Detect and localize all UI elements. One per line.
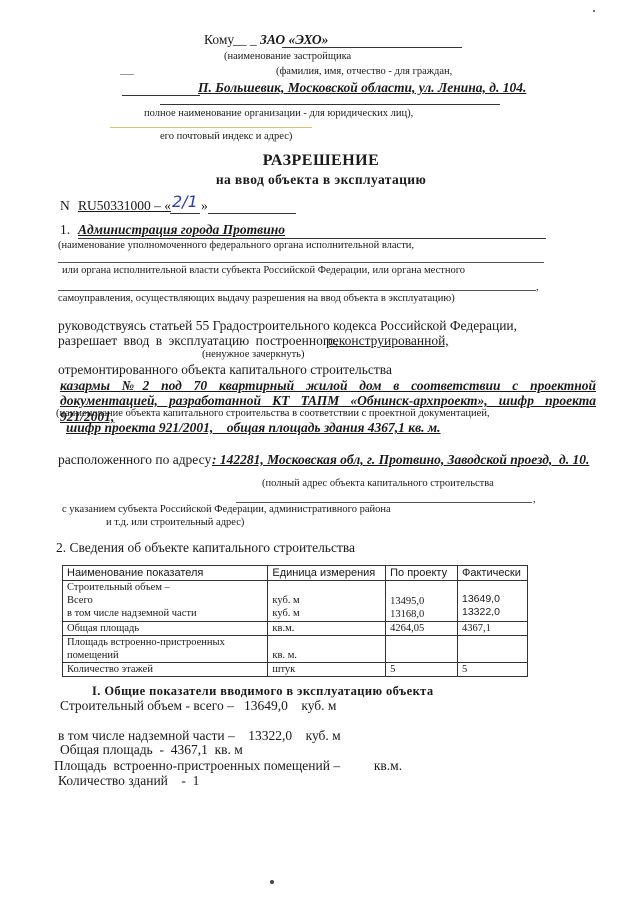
number-code: RU50331000 – « bbox=[78, 198, 171, 214]
col-header-name: Наименование показателя bbox=[63, 566, 268, 581]
postal-line bbox=[110, 127, 312, 128]
cell-text: Всего bbox=[67, 594, 263, 607]
area-builtin: Площадь встроенно-пристроенных помещений… bbox=[54, 758, 402, 774]
hint-address-3: и т.д. или строительный адрес) bbox=[106, 517, 244, 528]
comma-mark: , bbox=[536, 282, 539, 293]
body-line-2: разрешает ввод в эксплуатацию построенно… bbox=[58, 333, 338, 349]
number-prefix: N bbox=[60, 198, 70, 214]
table-row: Общая площадь кв.м. 4264,05 4367,1 bbox=[63, 622, 528, 636]
buildings-count: Количество зданий - 1 bbox=[58, 773, 199, 789]
hint-authority-1: (наименование уполномоченного федерально… bbox=[58, 240, 414, 251]
body-line-2-reconstructed: реконструированной, bbox=[326, 333, 449, 349]
cell-text: Строительный объем – bbox=[67, 581, 263, 594]
cell-text: кв. м. bbox=[272, 649, 381, 662]
number-handwritten: 2/1 bbox=[172, 192, 198, 211]
table-row: Количество этажей штук 5 5 bbox=[63, 663, 528, 677]
recipient-underline bbox=[282, 47, 462, 48]
area-total: Общая площадь - 4367,1 кв. м bbox=[60, 742, 243, 758]
to-dash: __ _ bbox=[233, 32, 257, 48]
object-name-line-1: казармы №2 под 70 квартирный жилой дом в… bbox=[60, 378, 596, 394]
col-header-project: По проекту bbox=[386, 566, 458, 581]
hint-authority-2: или органа исполнительной власти субъект… bbox=[62, 265, 465, 276]
cell-text: куб. м bbox=[272, 607, 381, 620]
cell-text: штук bbox=[268, 663, 386, 677]
address-underline-left bbox=[122, 95, 200, 96]
handwritten-underline bbox=[170, 213, 200, 214]
scan-speck bbox=[270, 880, 274, 884]
org-name-line bbox=[160, 104, 500, 105]
margin-mark bbox=[120, 74, 134, 75]
volume-total: Строительный объем - всего – 13649,0 куб… bbox=[60, 698, 336, 714]
section1-number: 1. bbox=[60, 222, 70, 238]
col-header-actual: Фактически bbox=[457, 566, 527, 581]
cell-text: 13649,0 bbox=[462, 593, 523, 606]
hint-postal: его почтовый индекс и адрес) bbox=[160, 131, 292, 142]
cell-text: кв.м. bbox=[268, 622, 386, 636]
cell-text: 5 bbox=[386, 663, 458, 677]
authority-line bbox=[78, 238, 546, 239]
cell-text: 13322,0 bbox=[462, 606, 523, 619]
number-suffix: » bbox=[201, 198, 208, 214]
object-address: : 142281, Московская обл, г. Протвино, З… bbox=[212, 452, 589, 468]
body-line-3: отремонтированного объекта капитального … bbox=[58, 362, 392, 378]
cell-text: 13495,0 bbox=[390, 595, 453, 608]
general-heading: I. Общие показатели вводимого в эксплуат… bbox=[92, 684, 434, 699]
address-label: расположенного по адресу bbox=[58, 452, 211, 468]
document-title: РАЗРЕШЕНИЕ bbox=[0, 152, 642, 170]
recipient-address: П. Большевик, Московской области, ул. Ле… bbox=[198, 80, 526, 96]
authority-name: Администрация города Протвино bbox=[78, 222, 285, 238]
to-label: Кому bbox=[204, 32, 234, 48]
table-header-row: Наименование показателя Единица измерени… bbox=[63, 566, 528, 581]
authority-line-3 bbox=[58, 290, 536, 291]
cell-text: 5 bbox=[457, 663, 527, 677]
body-line-1: руководствуясь статьей 55 Градостроитель… bbox=[58, 318, 517, 334]
object-name-line-3: шифр проекта 921/2001, общая площадь зда… bbox=[66, 420, 441, 436]
cell-text: Количество этажей bbox=[63, 663, 268, 677]
cell-text: в том числе надземной части bbox=[67, 607, 263, 620]
cell-text: 4367,1 bbox=[457, 622, 527, 636]
hint-authority-3: самоуправления, осуществляющих выдачу ра… bbox=[58, 293, 455, 304]
cell-text: Общая площадь bbox=[63, 622, 268, 636]
cell-text: Площадь встроенно-пристроенных bbox=[67, 636, 263, 649]
cell-text: 13168,0 bbox=[390, 608, 453, 621]
cell-text: 4264,05 bbox=[386, 622, 458, 636]
scan-speck bbox=[593, 10, 595, 12]
hint-object: (наименование объекта капитального строи… bbox=[56, 408, 490, 419]
recipient-name: ЗАО «ЭХО» bbox=[260, 32, 328, 48]
hint-fio: (фамилия, имя, отчество - для граждан, bbox=[276, 66, 452, 77]
hint-org: полное наименование организации - для юр… bbox=[144, 108, 413, 119]
address-line bbox=[236, 502, 532, 503]
hint-address-2: с указанием субъекта Российской Федераци… bbox=[62, 504, 391, 515]
hint-developer: (наименование застройщика bbox=[224, 51, 351, 62]
object-info-table: Наименование показателя Единица измерени… bbox=[62, 565, 528, 677]
hint-address-1: (полный адрес объекта капитального строи… bbox=[262, 478, 494, 489]
table-row: Строительный объем –Всегов том числе над… bbox=[63, 581, 528, 622]
section2-heading: 2. Сведения об объекте капитального стро… bbox=[56, 540, 355, 556]
table-row: Площадь встроенно-пристроенныхпомещений … bbox=[63, 636, 528, 663]
document-subtitle: на ввод объекта в эксплуатацию bbox=[0, 172, 642, 188]
cell-text: помещений bbox=[67, 649, 263, 662]
col-header-unit: Единица измерения bbox=[268, 566, 386, 581]
hint-strike: (ненужное зачеркнуть) bbox=[202, 349, 304, 360]
cell-text: куб. м bbox=[272, 594, 381, 607]
address-comma: , bbox=[533, 494, 536, 505]
authority-line-2 bbox=[58, 262, 544, 263]
number-trailing-line bbox=[208, 213, 296, 214]
